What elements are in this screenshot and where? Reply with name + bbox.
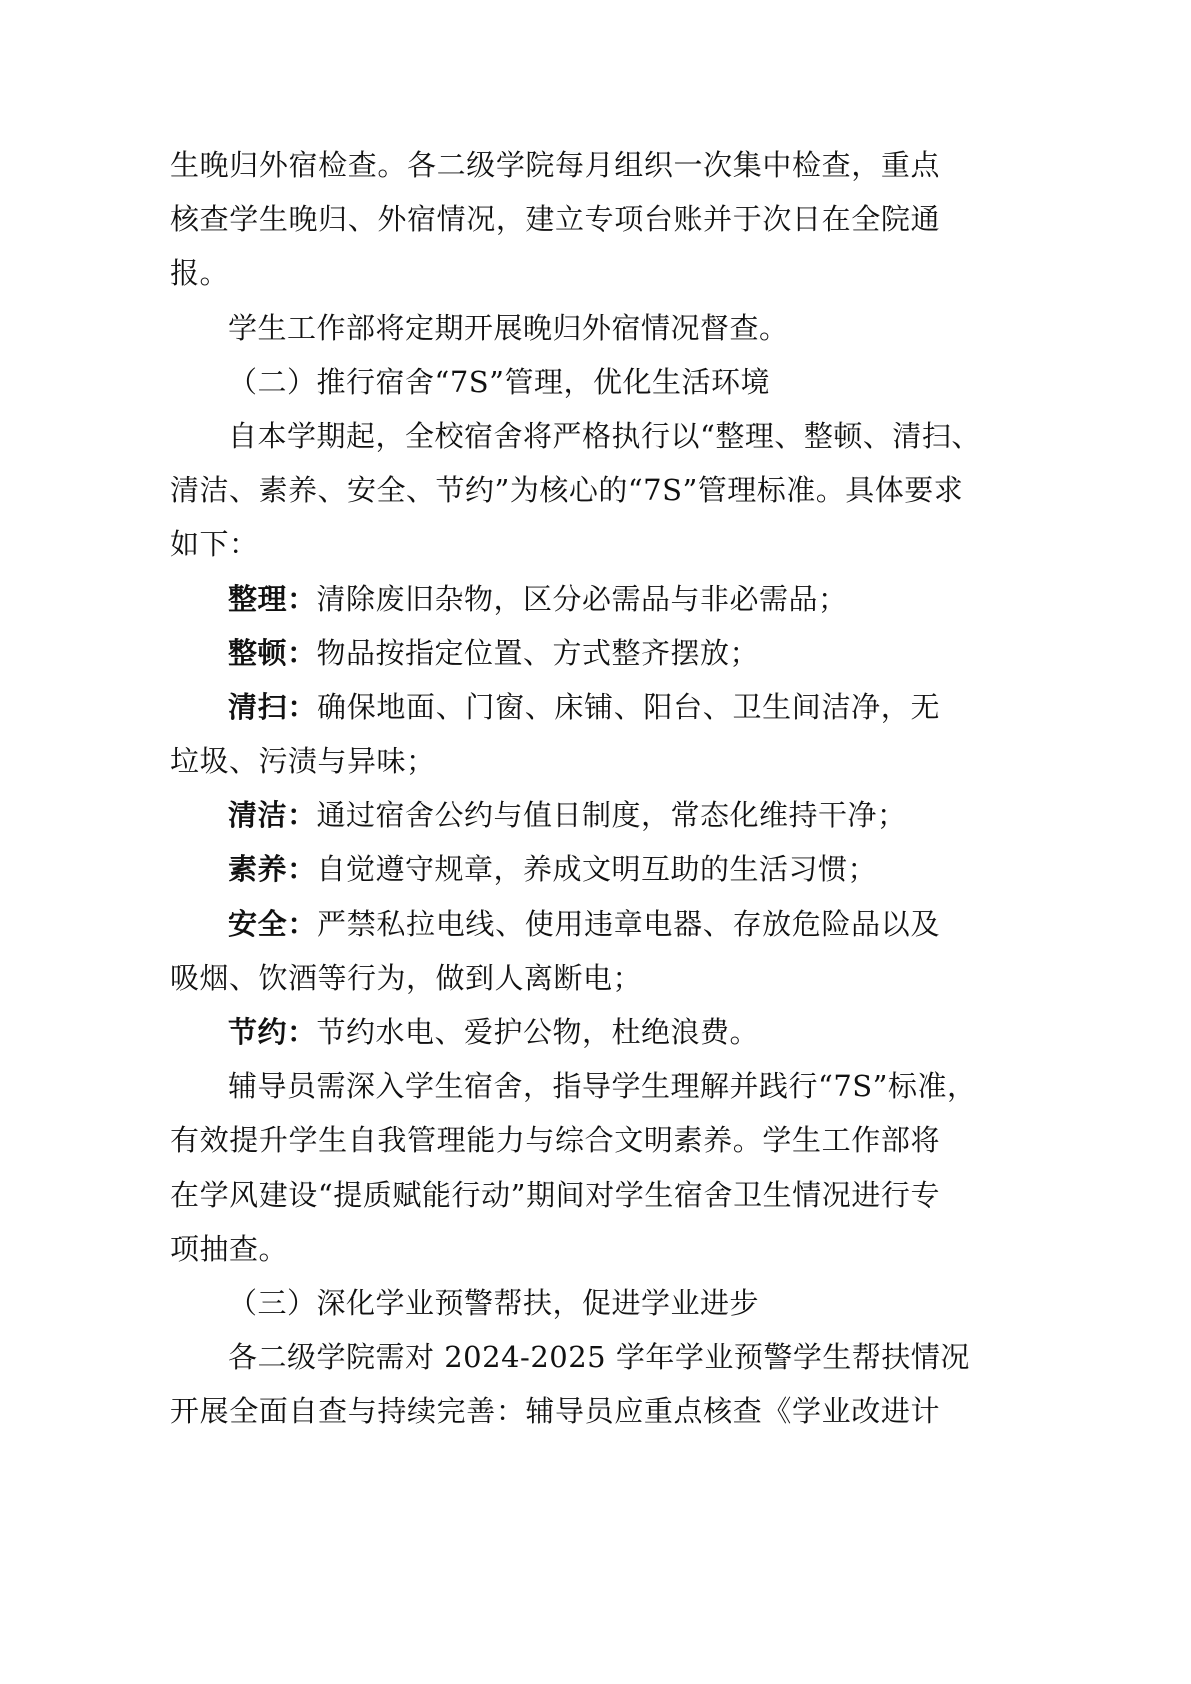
term-description: 确保地面、门窗、床铺、阳台、卫生间洁净，无 [317,690,940,724]
term-description-continued: 吸烟、饮酒等行为，做到人离断电； [170,951,940,1005]
paragraph-line: 各二级学院需对 2024-2025 学年学业预警学生帮扶情况 [170,1330,940,1384]
list-item-7s: 清扫：确保地面、门窗、床铺、阳台、卫生间洁净，无 [170,680,940,734]
term-description: 通过宿舍公约与值日制度，常态化维持干净； [317,798,907,832]
list-item-7s: 整理：清除废旧杂物，区分必需品与非必需品； [170,572,940,626]
list-item-7s: 素养：自觉遵守规章，养成文明互助的生活习惯； [170,842,940,896]
list-item-7s: 安全：严禁私拉电线、使用违章电器、存放危险品以及 [170,897,940,951]
term-label: 整顿： [228,636,317,670]
section-heading-3: （三）深化学业预警帮扶，促进学业进步 [170,1276,940,1330]
paragraph-line: 辅导员需深入学生宿舍，指导学生理解并践行“7S”标准， [170,1059,940,1113]
term-description: 严禁私拉电线、使用违章电器、存放危险品以及 [317,907,940,941]
section-heading-2: （二）推行宿舍“7S”管理，优化生活环境 [170,355,940,409]
term-description: 物品按指定位置、方式整齐摆放； [317,636,760,670]
term-description: 节约水电、爱护公物，杜绝浪费。 [317,1015,760,1049]
term-description-continued: 垃圾、污渍与异味； [170,734,940,788]
document-page: 生晚归外宿检查。各二级学院每月组织一次集中检查，重点 核查学生晚归、外宿情况，建… [170,138,940,1439]
term-label: 节约： [228,1015,317,1049]
paragraph-line: 在学风建设“提质赋能行动”期间对学生宿舍卫生情况进行专 [170,1168,940,1222]
paragraph-line: 如下： [170,517,940,571]
supervision-paragraph: 学生工作部将定期开展晚归外宿情况督查。 [170,301,940,355]
paragraph-line: 自本学期起，全校宿舍将严格执行以“整理、整顿、清扫、 [170,409,940,463]
paragraph-line: 有效提升学生自我管理能力与综合文明素养。学生工作部将 [170,1113,940,1167]
paragraph-line: 开展全面自查与持续完善：辅导员应重点核查《学业改进计 [170,1384,940,1438]
list-item-7s: 节约：节约水电、爱护公物，杜绝浪费。 [170,1005,940,1059]
paragraph-line: 核查学生晚归、外宿情况，建立专项台账并于次日在全院通 [170,192,940,246]
term-label: 整理： [228,582,317,616]
paragraph-line: 清洁、素养、安全、节约”为核心的“7S”管理标准。具体要求 [170,463,940,517]
paragraph-line: 生晚归外宿检查。各二级学院每月组织一次集中检查，重点 [170,138,940,192]
list-item-7s: 整顿：物品按指定位置、方式整齐摆放； [170,626,940,680]
term-label: 清洁： [228,798,317,832]
paragraph-line: 报。 [170,246,940,300]
term-label: 安全： [228,907,317,941]
list-item-7s: 清洁：通过宿舍公约与值日制度，常态化维持干净； [170,788,940,842]
term-label: 素养： [228,852,317,886]
paragraph-line: 项抽查。 [170,1222,940,1276]
term-description: 清除废旧杂物，区分必需品与非必需品； [317,582,848,616]
term-description: 自觉遵守规章，养成文明互助的生活习惯； [317,852,878,886]
term-label: 清扫： [228,690,317,724]
